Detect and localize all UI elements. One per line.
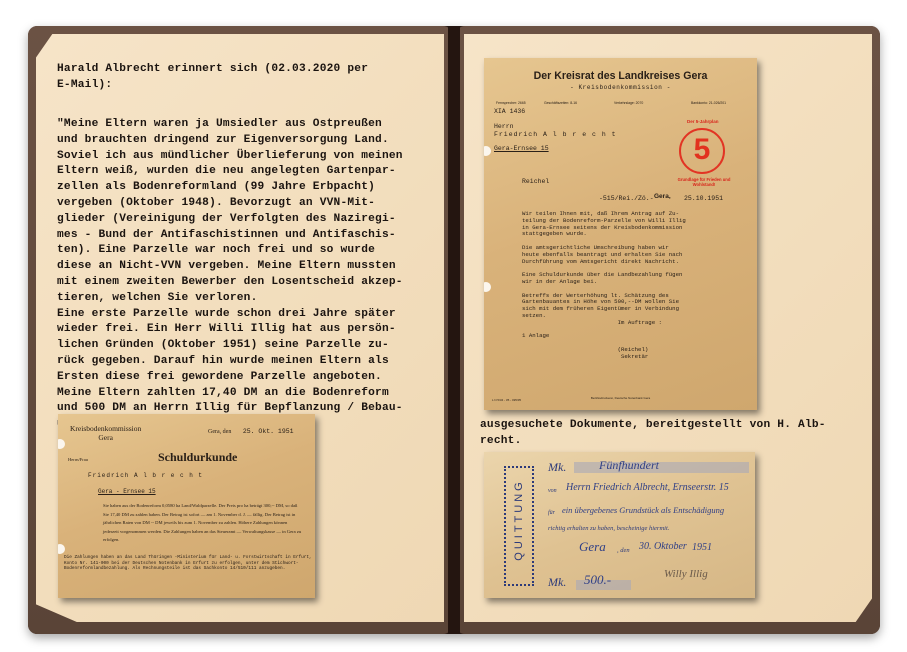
- quittung-fuer-value: ein übergebenes Grundstück als Entschädi…: [562, 505, 724, 515]
- letter-body: Wir teilen Ihnen mit, daß Ihrem Antrag a…: [522, 211, 752, 361]
- quittung-year: 1951: [692, 542, 712, 553]
- kreisrat-letter-document: Der Kreisrat des Landkreises Gera - Krei…: [484, 58, 757, 410]
- quittung-amount: 500.-: [584, 572, 611, 588]
- quittung-place: Gera: [579, 539, 606, 555]
- memoir-heading: Harald Albrecht erinnert sich (02.03.202…: [57, 62, 447, 94]
- letter-aktenzeichen: -515/Rei./Zö.-: [599, 195, 654, 203]
- schuldurkunde-document: Kreisbodenkommission Gera Gera, den 25. …: [58, 414, 315, 598]
- quittung-von-value: Herrn Friedrich Albrecht, Ernseerstr. 15: [566, 482, 729, 493]
- schuld-footer: Die Zahlungen haben an das Land Thüringe…: [64, 555, 312, 572]
- documents-caption: ausgesuchete Dokumente, bereitgestellt v…: [480, 418, 850, 450]
- five-year-plan-label: Der 5-Jahrplan: [687, 119, 719, 124]
- letter-meta-phone: Fernsprecher: 2665: [496, 101, 526, 105]
- quittung-amount-words: Fünfhundert: [599, 458, 659, 473]
- schuld-address: Gera - Ernsee 15: [98, 488, 156, 495]
- letter-sachbearbeiter: Reichel: [522, 178, 549, 186]
- schuld-title: Schuldurkunde: [158, 450, 237, 465]
- punch-hole: [484, 282, 491, 292]
- letter-printer: Bezirksdruckerei, Deutsche Notenbank Ger…: [484, 396, 757, 400]
- letter-recipient-address: Gera-Ernsee 15: [494, 145, 549, 153]
- schuld-herrn-label: Herrn/Frau: [68, 457, 88, 462]
- memoir-quote: "Meine Eltern waren ja Umsiedler aus Ost…: [57, 117, 447, 433]
- quittung-mk-label: Mk.: [548, 460, 566, 475]
- quittung-signature: Willy Illig: [664, 568, 708, 580]
- five-year-plan-slogan: Grundlage für Frieden und Wohlstand!: [669, 177, 739, 187]
- schuld-body: Sie haben aus der Bodenreform 0,0580 ha …: [103, 502, 303, 545]
- quittung-received-text: richtig erhalten zu haben, bescheinige h…: [548, 525, 669, 532]
- letter-reference: XIA 1436: [494, 108, 525, 116]
- letter-form-code: L N 5/34 - 35 - 495/35: [492, 398, 521, 402]
- letter-recipient-name: Friedrich A l b r e c h t: [494, 131, 617, 139]
- punch-hole: [58, 544, 65, 554]
- letter-meta-traffic: Verkehrslage: 2070: [614, 101, 643, 105]
- letter-recipient-salutation: Herrn: [494, 123, 514, 131]
- letter-title: Der Kreisrat des Landkreises Gera: [484, 70, 757, 82]
- quittung-mk2-label: Mk.: [548, 575, 566, 590]
- punch-hole: [58, 439, 65, 449]
- schuld-name: Friedrich A l b r e c h t: [88, 472, 203, 479]
- schuld-date-line: Gera, den 25. Okt. 1951: [208, 428, 294, 435]
- quittung-den-label: , den: [617, 547, 630, 554]
- letter-meta-hours: Geschäftszeiten: 8-16: [544, 101, 577, 105]
- quittung-von-label: von: [548, 488, 557, 494]
- quittung-stamp-frame: QUITTUNG: [504, 466, 534, 586]
- book-spine: [448, 26, 460, 634]
- letter-subtitle: - Kreisbodenkommission -: [484, 84, 757, 91]
- letter-meta-bank: Bankkonto: 21-026/201: [691, 101, 726, 105]
- quittung-stamp-label: QUITTUNG: [513, 470, 525, 570]
- letter-date: 25.10.1951: [684, 195, 723, 203]
- five-year-plan-emblem-icon: 5: [679, 128, 725, 174]
- letter-place: Gera,: [654, 193, 671, 201]
- quittung-fuer-label: für: [548, 510, 555, 516]
- schuld-org: Kreisbodenkommission Gera: [70, 424, 141, 442]
- punch-hole: [484, 146, 491, 156]
- quittung-date: 30. Oktober: [639, 541, 687, 552]
- quittung-document: QUITTUNG Mk. Fünfhundert von Herrn Fried…: [484, 452, 755, 598]
